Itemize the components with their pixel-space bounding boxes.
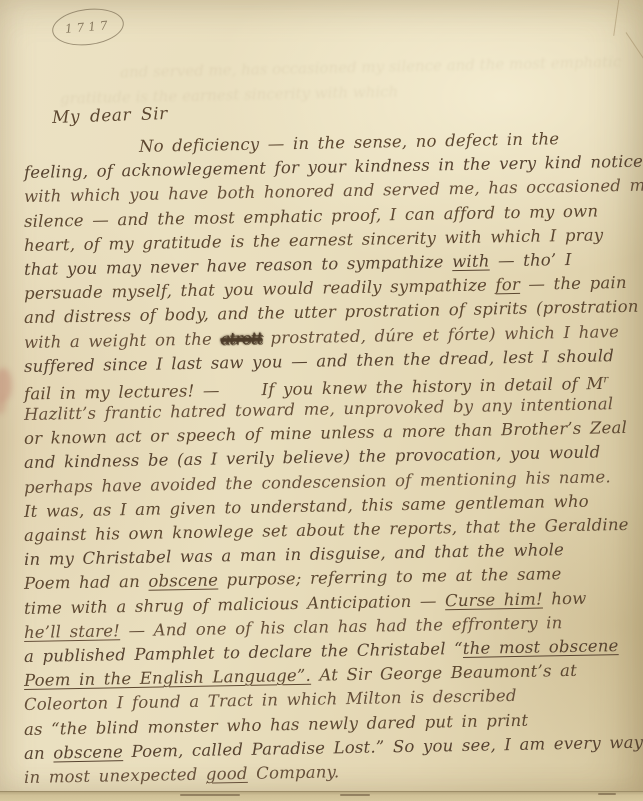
show-through-text: gratitude is the earnest sincerity with … — [60, 82, 399, 107]
letter-text: At Sir George Beaumont’s at — [311, 661, 577, 685]
red-ink-stain — [0, 368, 12, 402]
struck-out-word: atrott — [220, 328, 262, 348]
letter-text: Poem had an — [24, 572, 149, 593]
fold-crease — [626, 32, 643, 76]
letter-text: with — [452, 251, 490, 271]
letter-text: Company. — [248, 762, 340, 783]
letter-text — [220, 394, 262, 396]
letter-text: r — [603, 374, 608, 385]
show-through-mark — [180, 794, 240, 796]
salutation: My dear Sir — [52, 104, 168, 128]
letter-text: an — [24, 743, 54, 763]
letter-text: for — [495, 275, 520, 294]
letter-text: Poem in the English Language”. — [24, 666, 311, 690]
show-through-mark — [340, 794, 370, 796]
letter-text: how — [543, 588, 587, 608]
letter-text: Curse him! — [445, 589, 543, 610]
letter-text: — the pain — [520, 273, 627, 294]
show-through-text: and served me, has occasioned my silence… — [120, 53, 622, 81]
letter-text — [24, 151, 139, 154]
letter-text: in most unexpected — [24, 765, 206, 787]
letter-text: good — [206, 764, 248, 784]
archival-number-circle: 1717 — [50, 5, 126, 50]
page-bottom-edge — [0, 791, 643, 801]
letter-text: — tho’ I — [489, 250, 571, 270]
show-through-mark — [598, 793, 616, 795]
letter-text: obscene — [148, 571, 218, 591]
letter-text: the most obscene — [463, 636, 619, 658]
letter-page: and served me, has occasioned my silence… — [0, 0, 643, 801]
letter-text: with a weight on the — [24, 329, 221, 352]
fold-crease — [613, 0, 620, 36]
letter-text: he’ll stare! — [24, 621, 120, 642]
letter-text: prostrated, dúre et fórte) which I have — [262, 322, 619, 348]
letter-text: purpose; referring to me at the same — [218, 565, 562, 590]
archival-number: 1717 — [64, 18, 112, 36]
letter-body: No deficiency — in the sense, no defect … — [24, 137, 639, 790]
letter-text: obscene — [53, 742, 123, 762]
